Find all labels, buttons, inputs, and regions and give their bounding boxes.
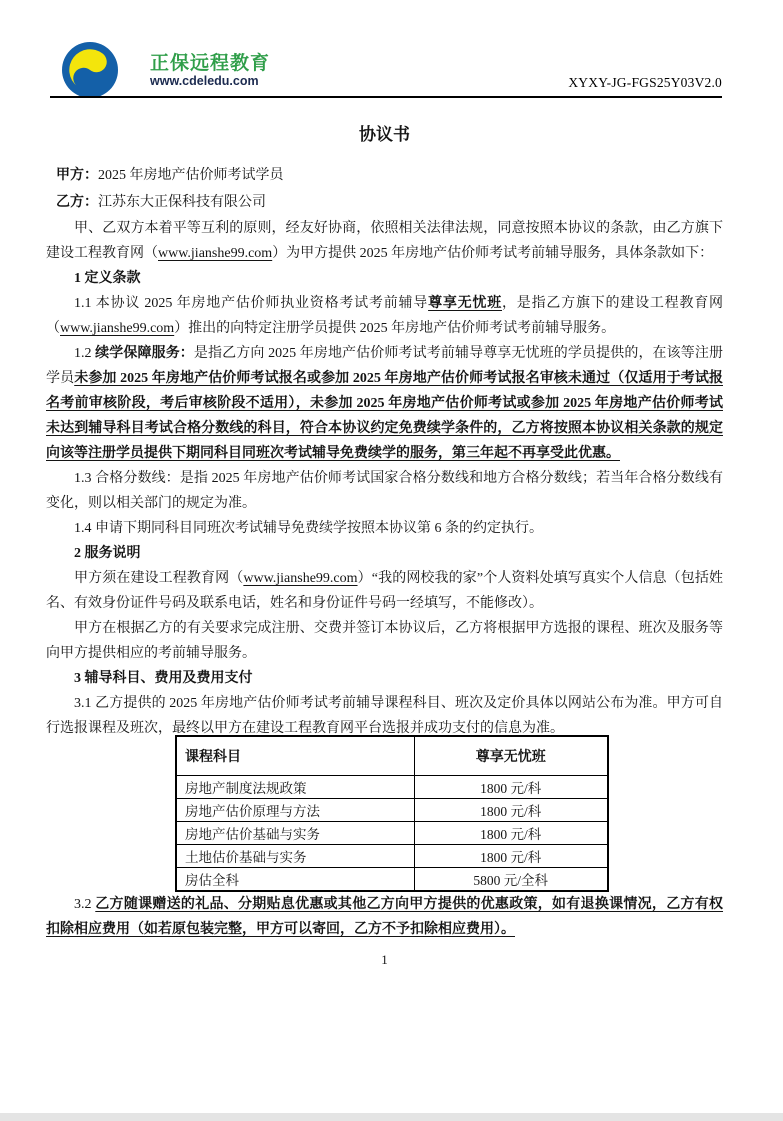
text-segment: 1.1 本协议 2025 年房地产估价师执业资格考试考前辅导	[74, 296, 428, 311]
document-page: 正保远程教育 www.cdeledu.com XYXY-JG-FGS25Y03V…	[0, 0, 783, 1121]
fee-table-cell: 1800 元/科	[414, 822, 608, 845]
fee-table-row: 房地产估价原理与方法1800 元/科	[176, 799, 608, 822]
text-segment: 1.3 合格分数线：是指 2025 年房地产估价师考试国家合格分数线和地方合格分…	[46, 471, 723, 511]
paragraph-1-2: 1.2 续学保障服务：是指乙方向 2025 年房地产估价师考试考前辅导尊享无忧班…	[46, 341, 723, 466]
inline-link-jianshe99[interactable]: www.jianshe99.com	[60, 321, 174, 336]
fee-table-header-subject: 课程科目	[176, 736, 414, 776]
fee-table-cell: 房估全科	[176, 868, 414, 892]
brand-url: www.cdeledu.com	[150, 74, 259, 88]
page-number: 1	[46, 950, 723, 970]
brand-logo-icon	[62, 42, 118, 98]
inline-link-jianshe99[interactable]: www.jianshe99.com	[243, 571, 357, 586]
text-segment: ）为甲方提供 2025 年房地产估价师考试考前辅导服务，具体条款如下：	[272, 246, 713, 261]
party-jia-line: 甲方：2025 年房地产估价师考试学员	[46, 162, 723, 189]
text-segment: 甲方须在建设工程教育网（	[74, 571, 243, 586]
fee-table-cell: 1800 元/科	[414, 845, 608, 868]
text-segment: 甲方在根据乙方的有关要求完成注册、交费并签订本协议后，乙方将根据甲方选报的课程、…	[46, 621, 723, 661]
fee-table-header-class: 尊享无忧班	[414, 736, 608, 776]
text-segment: 3.2	[74, 897, 95, 912]
fee-table-cell: 1800 元/科	[414, 776, 608, 799]
fee-table-body: 房地产制度法规政策1800 元/科房地产估价原理与方法1800 元/科房地产估价…	[176, 776, 608, 892]
brand-logo	[62, 42, 118, 98]
text-segment: 续学保障服务：	[95, 346, 194, 361]
fee-table-cell: 1800 元/科	[414, 799, 608, 822]
fee-table-cell: 房地产估价基础与实务	[176, 822, 414, 845]
paragraph-1-3: 1.3 合格分数线：是指 2025 年房地产估价师考试国家合格分数线和地方合格分…	[46, 466, 723, 516]
text-segment: 乙方随课赠送的礼品、分期贴息优惠或其他乙方向甲方提供的优惠政策，如有退换课情况，…	[46, 897, 723, 937]
paragraph-3-2: 3.2 乙方随课赠送的礼品、分期贴息优惠或其他乙方向甲方提供的优惠政策，如有退换…	[46, 892, 723, 942]
inline-link-jianshe99[interactable]: www.jianshe99.com	[158, 246, 272, 261]
fee-table: 课程科目 尊享无忧班 房地产制度法规政策1800 元/科房地产估价原理与方法18…	[175, 735, 609, 892]
text-segment: 3.1 乙方提供的 2025 年房地产估价师考试考前辅导课程科目、班次及定价具体…	[46, 696, 723, 736]
fee-table-row: 房地产制度法规政策1800 元/科	[176, 776, 608, 799]
section-3-heading: 3 辅导科目、费用及费用支付	[46, 666, 723, 691]
party-yi-line: 乙方：江苏东大正保科技有限公司	[46, 189, 723, 216]
brand-name: 正保远程教育	[150, 48, 270, 75]
fee-table-cell: 土地估价基础与实务	[176, 845, 414, 868]
fee-table-row: 房地产估价基础与实务1800 元/科	[176, 822, 608, 845]
party-yi-label: 乙方：	[56, 195, 98, 210]
text-segment: 未参加 2025 年房地产估价师考试报名或参加 2025 年房地产估价师考试报名…	[46, 371, 723, 461]
section-1-heading: 1 定义条款	[46, 266, 723, 291]
text-segment: 1.4 申请下期同科目同班次考试辅导免费续学按照本协议第 6 条的约定执行。	[74, 521, 543, 536]
intro-paragraph: 甲、乙双方本着平等互利的原则，经友好协商，依照相关法律法规，同意按照本协议的条款…	[46, 216, 723, 266]
fee-table-header-row: 课程科目 尊享无忧班	[176, 736, 608, 776]
doc-code: XYXY-JG-FGS25Y03V2.0	[568, 75, 722, 91]
text-segment: ）推出的向特定注册学员提供 2025 年房地产估价师考试考前辅导服务。	[174, 321, 615, 336]
paragraph-2-2: 甲方在根据乙方的有关要求完成注册、交费并签订本协议后，乙方将根据甲方选报的课程、…	[46, 616, 723, 666]
fee-table-row: 房估全科5800 元/全科	[176, 868, 608, 892]
party-jia-label: 甲方：	[56, 168, 98, 183]
paragraph-3-1: 3.1 乙方提供的 2025 年房地产估价师考试考前辅导课程科目、班次及定价具体…	[46, 691, 723, 741]
fee-table-cell: 房地产制度法规政策	[176, 776, 414, 799]
page-title: 协议书	[46, 120, 723, 150]
page-bottom-strip	[0, 1113, 783, 1121]
parties-block: 甲方：2025 年房地产估价师考试学员 乙方：江苏东大正保科技有限公司	[46, 162, 723, 216]
document-body: 协议书 甲方：2025 年房地产估价师考试学员 乙方：江苏东大正保科技有限公司 …	[0, 120, 783, 970]
page-header: 正保远程教育 www.cdeledu.com XYXY-JG-FGS25Y03V…	[0, 0, 783, 98]
paragraph-1-1: 1.1 本协议 2025 年房地产估价师执业资格考试考前辅导尊享无忧班，是指乙方…	[46, 291, 723, 341]
fee-table-cell: 房地产估价原理与方法	[176, 799, 414, 822]
fee-table-cell: 5800 元/全科	[414, 868, 608, 892]
party-yi-value: 江苏东大正保科技有限公司	[98, 195, 266, 210]
party-jia-value: 2025 年房地产估价师考试学员	[98, 168, 284, 183]
fee-table-row: 土地估价基础与实务1800 元/科	[176, 845, 608, 868]
paragraph-1-4: 1.4 申请下期同科目同班次考试辅导免费续学按照本协议第 6 条的约定执行。	[46, 516, 723, 541]
text-segment: 1.2	[74, 346, 95, 361]
header-rule	[50, 96, 722, 98]
paragraph-2-1: 甲方须在建设工程教育网（www.jianshe99.com）“我的网校我的家”个…	[46, 566, 723, 616]
text-segment: 尊享无忧班	[428, 296, 502, 311]
section-2-heading: 2 服务说明	[46, 541, 723, 566]
